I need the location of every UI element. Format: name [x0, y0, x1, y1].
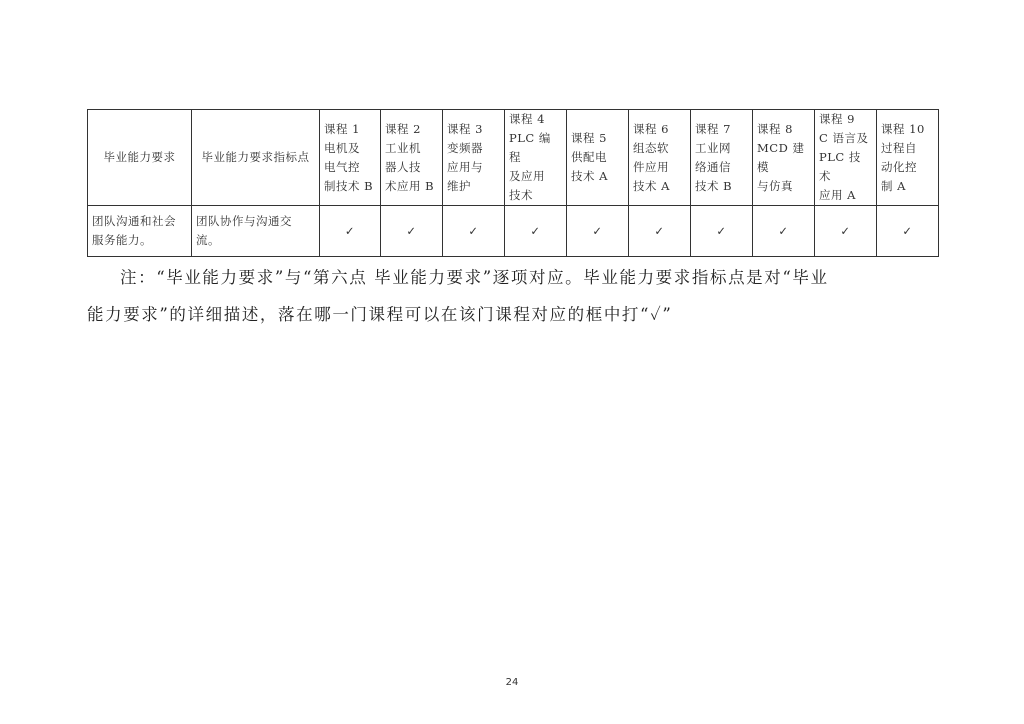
header-course-2: 课程 2工业机器人技术应用 B	[381, 110, 443, 206]
check-mark-icon: ✓	[381, 206, 443, 257]
check-mark-icon: ✓	[753, 206, 815, 257]
check-mark-icon: ✓	[629, 206, 691, 257]
check-mark-icon: ✓	[320, 206, 381, 257]
check-mark-icon: ✓	[877, 206, 939, 257]
check-mark-icon: ✓	[691, 206, 753, 257]
table-row: 团队沟通和社会服务能力。 团队协作与沟通交流。 ✓ ✓ ✓ ✓ ✓ ✓ ✓ ✓ …	[88, 206, 939, 257]
check-mark-icon: ✓	[505, 206, 567, 257]
cell-requirement: 团队沟通和社会服务能力。	[88, 206, 192, 257]
header-course-9: 课程 9C 语言及PLC 技术应用 A	[815, 110, 877, 206]
header-course-5: 课程 5供配电技术 A	[567, 110, 629, 206]
header-course-10: 课程 10过程自动化控制 A	[877, 110, 939, 206]
header-course-8: 课程 8MCD 建模与仿真	[753, 110, 815, 206]
header-course-4: 课程 4PLC 编程及应用技术	[505, 110, 567, 206]
header-course-7: 课程 7工业网络通信技术 B	[691, 110, 753, 206]
document-page: 毕业能力要求 毕业能力要求指标点 课程 1电机及电气控制技术 B 课程 2工业机…	[0, 0, 1024, 724]
cell-indicator: 团队协作与沟通交流。	[192, 206, 320, 257]
header-course-3: 课程 3变频器应用与维护	[443, 110, 505, 206]
note-paragraph-line-2: 能力要求”的详细描述，落在哪一门课程可以在该门课程对应的框中打“✓”	[87, 301, 937, 325]
header-indicator: 毕业能力要求指标点	[192, 110, 320, 206]
course-matrix-table: 毕业能力要求 毕业能力要求指标点 课程 1电机及电气控制技术 B 课程 2工业机…	[87, 109, 939, 257]
note-paragraph-line-1: 注：“毕业能力要求”与“第六点 毕业能力要求”逐项对应。毕业能力要求指标点是对“…	[87, 264, 937, 288]
check-mark-icon: ✓	[567, 206, 629, 257]
table-header-row: 毕业能力要求 毕业能力要求指标点 课程 1电机及电气控制技术 B 课程 2工业机…	[88, 110, 939, 206]
check-mark-icon: ✓	[443, 206, 505, 257]
header-course-6: 课程 6组态软件应用技术 A	[629, 110, 691, 206]
header-requirement: 毕业能力要求	[88, 110, 192, 206]
header-course-1: 课程 1电机及电气控制技术 B	[320, 110, 381, 206]
page-number: 24	[0, 677, 1024, 688]
check-mark-icon: ✓	[815, 206, 877, 257]
